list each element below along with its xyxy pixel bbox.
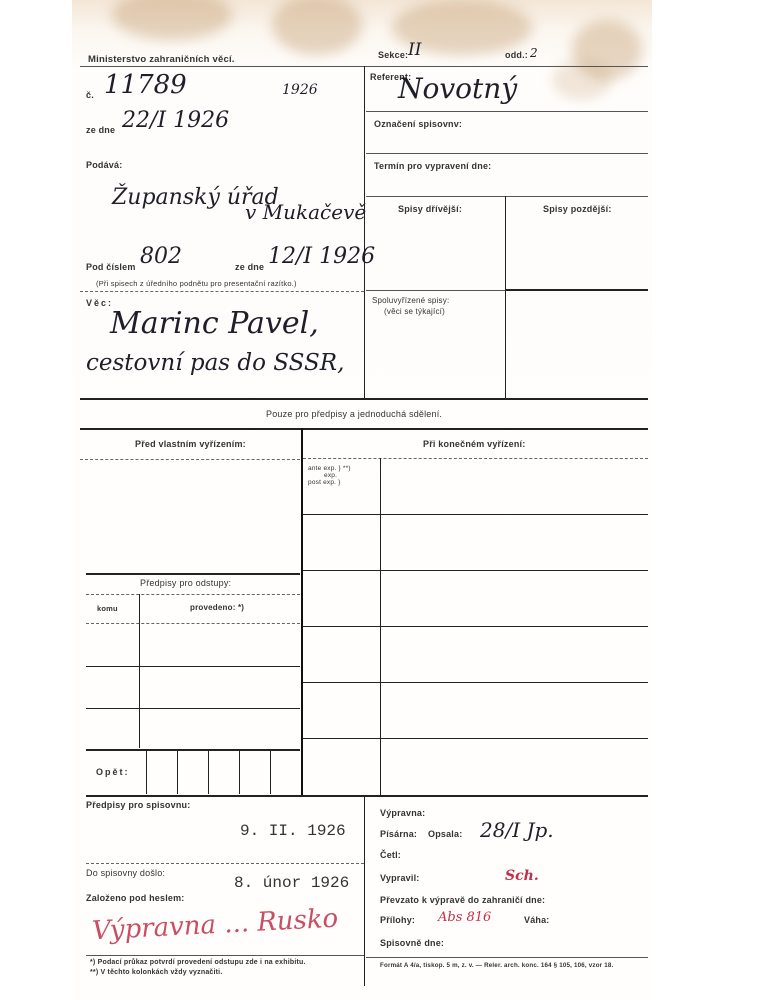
rule bbox=[366, 196, 648, 197]
rule bbox=[303, 514, 648, 515]
date-label: ze dne bbox=[86, 125, 115, 135]
document-page bbox=[72, 0, 652, 1000]
middle-section-title: Pouze pro předpisy a jednoduchá sdělení. bbox=[266, 409, 442, 419]
ref-date-label: ze dne bbox=[235, 262, 264, 272]
again-cell-divider bbox=[146, 749, 147, 794]
rule bbox=[86, 623, 300, 624]
form-note: Formát A 4/a, tiskop. 5 m, z. v. — Reler… bbox=[380, 962, 613, 969]
rule bbox=[86, 594, 300, 595]
earlier-files-label: Spisy dřívější: bbox=[398, 204, 462, 214]
rule bbox=[303, 682, 648, 683]
rule bbox=[366, 153, 648, 154]
attachments-label: Přílohy: bbox=[380, 915, 415, 925]
rule bbox=[86, 573, 300, 575]
rule bbox=[80, 291, 364, 292]
number-value: 11789 bbox=[104, 70, 187, 100]
ref-value: 802 bbox=[140, 244, 182, 269]
attachments-value: Abs 816 bbox=[438, 910, 491, 925]
copy-note-exp: exp. bbox=[324, 472, 337, 479]
rule bbox=[303, 570, 648, 571]
dispatch-label: Výpravna: bbox=[380, 808, 425, 818]
column-divider bbox=[505, 196, 506, 398]
rule bbox=[86, 708, 300, 709]
column-divider bbox=[139, 594, 140, 748]
submitter-label: Podává: bbox=[86, 160, 122, 170]
date-value: 22/I 1926 bbox=[122, 108, 229, 133]
read-label: Četl: bbox=[380, 850, 401, 860]
copy-note-post: post exp. } bbox=[308, 479, 341, 486]
archive-stamp: 9. II. 1926 bbox=[240, 822, 346, 840]
rule bbox=[86, 666, 300, 667]
referent-value: Novotný bbox=[398, 72, 517, 105]
submitter-value-city: v Mukačevě bbox=[245, 200, 366, 224]
paper-stain bbox=[272, 0, 362, 55]
subject-label: Věc: bbox=[86, 298, 113, 308]
archive-label: Předpisy pro spisovnu: bbox=[86, 800, 190, 810]
ministry-title: Ministerstvo zahraničních věcí. bbox=[88, 54, 235, 65]
final-label: Při konečném vyřízení: bbox=[423, 439, 525, 449]
again-label: Opět: bbox=[96, 767, 130, 777]
copy-note-ante: ante exp. } **) bbox=[308, 465, 351, 472]
marking-label: Označení spisovnv: bbox=[374, 119, 462, 129]
footnote-2: **) V těchto kolonkách vždy vyznačiti. bbox=[90, 969, 222, 976]
sent-label: Vypravil: bbox=[380, 873, 419, 883]
before-label: Před vlastním vyřízením: bbox=[135, 439, 246, 449]
deadline-label: Termín pro vypravení dne: bbox=[374, 161, 491, 171]
rule bbox=[80, 398, 648, 400]
column-divider bbox=[364, 66, 365, 398]
number-prefix: č. bbox=[86, 90, 94, 100]
later-files-label: Spisy pozdější: bbox=[543, 204, 612, 214]
column-divider bbox=[364, 796, 365, 986]
archive-day-label: Spisovně dne: bbox=[380, 938, 444, 948]
copied-value: 28/I Jp. bbox=[480, 818, 554, 842]
paper-stain bbox=[112, 0, 232, 40]
col-whom: komu bbox=[97, 604, 118, 613]
dept-label: odd.: bbox=[505, 50, 528, 60]
col-done: provedeno: *) bbox=[190, 603, 244, 612]
filed-label: Založeno pod heslem: bbox=[86, 893, 185, 903]
again-cell-divider bbox=[270, 749, 271, 794]
rule bbox=[80, 428, 648, 430]
handed-label: Převzato k výpravě do zahraničí dne: bbox=[380, 895, 545, 905]
weight-label: Váha: bbox=[524, 915, 550, 925]
footnote-1: *) Podací průkaz potvrdí provedení odstu… bbox=[90, 959, 306, 966]
again-cell-divider bbox=[239, 749, 240, 794]
again-cell-divider bbox=[177, 749, 178, 794]
rule bbox=[366, 111, 648, 112]
departures-title: Předpisy pro odstupy: bbox=[140, 578, 231, 588]
ref-note: (Při spisech z úředního podnětu pro pres… bbox=[96, 279, 297, 288]
subject-line-1: Marinc Pavel, bbox=[110, 306, 319, 341]
arrived-label: Do spisovny došlo: bbox=[86, 868, 165, 878]
rule bbox=[366, 957, 648, 958]
typing-label: Písárna: bbox=[380, 829, 417, 839]
related-files-sub: (věci se týkající) bbox=[384, 307, 445, 316]
subject-line-2: cestovní pas do SSSR, bbox=[86, 350, 344, 376]
rule bbox=[86, 795, 648, 797]
rule bbox=[303, 626, 648, 627]
dept-value: 2 bbox=[530, 46, 538, 60]
again-cell-divider bbox=[208, 749, 209, 794]
rule bbox=[80, 459, 300, 460]
rule bbox=[86, 749, 300, 751]
sent-value: Sch. bbox=[505, 868, 539, 884]
rule bbox=[303, 738, 648, 739]
column-divider bbox=[380, 458, 381, 796]
section-label: Sekce: bbox=[378, 50, 408, 60]
rule bbox=[86, 955, 364, 956]
section-value: II bbox=[408, 40, 421, 60]
column-divider bbox=[301, 428, 303, 796]
rule bbox=[86, 863, 364, 864]
arrived-stamp: 8. únor 1926 bbox=[234, 874, 349, 892]
copied-label: Opsala: bbox=[428, 829, 462, 839]
rule bbox=[506, 289, 648, 291]
ref-date-value: 12/I 1926 bbox=[268, 244, 375, 269]
rule bbox=[303, 458, 648, 459]
rule bbox=[366, 290, 505, 291]
ref-label: Pod číslem bbox=[86, 262, 136, 272]
year-value: 1926 bbox=[282, 82, 318, 98]
related-files-label: Spoluvyřízené spisy: bbox=[372, 296, 449, 305]
